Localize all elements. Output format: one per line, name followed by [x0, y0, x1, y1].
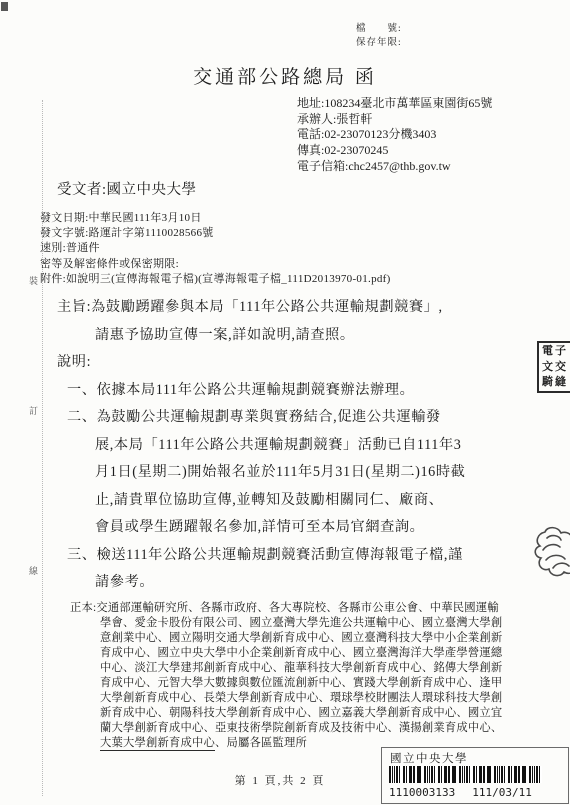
document-meta-block: 發文日期:中華民國111年3月10日 發文字號:路運計字第1110028566號… [40, 211, 391, 287]
distribution-list: 正本:交通部運輸研究所、各縣市政府、各大專院校、各縣市公車公會、中華民國運輸 學… [70, 601, 508, 751]
seam-stamp-row: 騎縫 [542, 375, 570, 391]
binding-mark-xian: 線 [29, 566, 41, 576]
explanation-item-1: 一、依據本局111年公路公共運輸規劃競賽辦法辦理。 [67, 377, 539, 405]
distribution-line: 學會、愛金卡股份有限公司、國立臺灣大學先進公共運輸中心、國立臺灣大學創 [70, 616, 508, 631]
security-classification: 密等及解密條件或保密期限: [40, 257, 391, 272]
explanation-item-2: 止,請貴單位協助宣傳,並轉知及鼓勵相關同仁、廠商、 [95, 487, 539, 515]
seam-stamp-row: 電子 [542, 344, 570, 360]
sender-info-block: 地址:108234臺北市萬華區東園街65號 承辦人:張哲軒 電話:02-2307… [297, 96, 492, 175]
letter-body: 主旨:為鼓勵踴躍參與本局「111年公路公共運輸規劃競賽」, 請惠予協助宣傳一案,… [57, 294, 539, 597]
issue-number: 發文字號:路運計字第1110028566號 [40, 226, 391, 241]
distribution-line: 中心、淡江大學建邦創新育成中心、龍華科技大學創新育成中心、銘傳大學創新 [70, 661, 508, 676]
scanned-letter-page: 裝 訂 線 檔 號: 保存年限: 交通部公路總局 函 地址:108234臺北市萬… [0, 0, 570, 805]
explanation-item-3: 三、檢送111年公路公共運輸規劃競賽活動宣傳海報電子檔,謹 [67, 542, 539, 570]
file-number-label: 檔 號: [356, 22, 402, 36]
receipt-date: 111/03/11 [472, 786, 532, 799]
scan-artifact-speck [1, 2, 8, 11]
sender-email: 電子信箱:chc2457@thb.gov.tw [297, 159, 492, 175]
distribution-line: 新育成中心、朝陽科技大學創新育成中心、國立嘉義大學創新育成中心、國立宜 [70, 706, 508, 721]
explanation-item-2: 月1日(星期二)開始報名並於111年5月31日(星期二)16時截 [95, 459, 539, 487]
underlined-recipient: 大葉大學創新育成中心 [100, 737, 215, 751]
sender-fax: 傳真:02-23070245 [297, 143, 492, 159]
explanation-heading: 說明: [57, 349, 539, 377]
explanation-item-2: 二、為鼓勵公共運輸規劃專業與實務結合,促進公共運輸發 [67, 404, 539, 432]
explanation-item-2: 會員或學生踴躍報名參加,詳情可至本局官網查詢。 [95, 514, 539, 542]
distribution-line: 育成中心、國立中央大學中小企業創新育成中心、國立臺灣海洋大學產學營運總 [70, 646, 508, 661]
distribution-line: 意創業中心、國立陽明交通大學創新育成中心、國立臺灣科技大學中小企業創新 [70, 631, 508, 646]
file-number-block: 檔 號: 保存年限: [356, 22, 402, 50]
letter-title: 交通部公路總局 函 [0, 62, 570, 89]
distribution-line: 蘭大學創新育成中心、亞東技術學院創新育成及技術中心、漢揚創業育成中心、 [70, 721, 508, 736]
delivery-speed: 速別:普通件 [40, 241, 391, 256]
seam-stamp-row: 文交 [542, 360, 570, 376]
receipt-university: 國立中央大學 [390, 750, 468, 766]
distribution-line: 正本:交通部運輸研究所、各縣市政府、各大專院校、各縣市公車公會、中華民國運輸 [70, 601, 508, 616]
issue-date: 發文日期:中華民國111年3月10日 [40, 211, 391, 226]
sender-contact-person: 承辦人:張哲軒 [297, 112, 492, 128]
receipt-numbers: 1110003133 111/03/11 [389, 786, 559, 799]
distribution-line-rest: 、局屬各區監理所 [215, 737, 307, 749]
attachment-note: 附件:如說明三(宣傳海報電子檔)(宣導海報電子檔_111D2013970-01.… [40, 272, 391, 287]
binding-dotted-line [42, 100, 43, 796]
distribution-line: 育成中心、元智大學大數據與數位匯流創新中心、實踐大學創新育成中心、逢甲 [70, 676, 508, 691]
scribble-seal-icon [531, 524, 570, 589]
sender-phone: 電話:02-23070123分機3403 [297, 127, 492, 143]
barcode-image [389, 766, 542, 783]
subject-line: 請惠予協助宣傳一案,詳如說明,請查照。 [95, 322, 539, 350]
sender-address: 地址:108234臺北市萬華區東園街65號 [297, 96, 492, 112]
explanation-item-2: 展,本局「111年公路公共運輸規劃競賽」活動已自111年3 [95, 432, 539, 460]
receipt-barcode-box: 國立中央大學 1110003133 111/03/11 [381, 747, 569, 804]
retention-period-label: 保存年限: [356, 36, 402, 50]
explanation-item-3: 請參考。 [95, 569, 539, 597]
receipt-serial: 1110003133 [389, 786, 455, 799]
distribution-line: 大學創新育成中心、長榮大學創新育成中心、環球學校財團法人環球科技大學創 [70, 691, 508, 706]
electronic-exchange-seam-stamp: 電子 文交 騎縫 [537, 341, 570, 393]
subject-line: 主旨:為鼓勵踴躍參與本局「111年公路公共運輸規劃競賽」, [57, 294, 539, 322]
page-number-footer: 第 1 頁,共 2 頁 [180, 772, 380, 788]
binding-mark-ding: 訂 [29, 406, 41, 416]
recipient-line: 受文者:國立中央大學 [57, 178, 197, 199]
